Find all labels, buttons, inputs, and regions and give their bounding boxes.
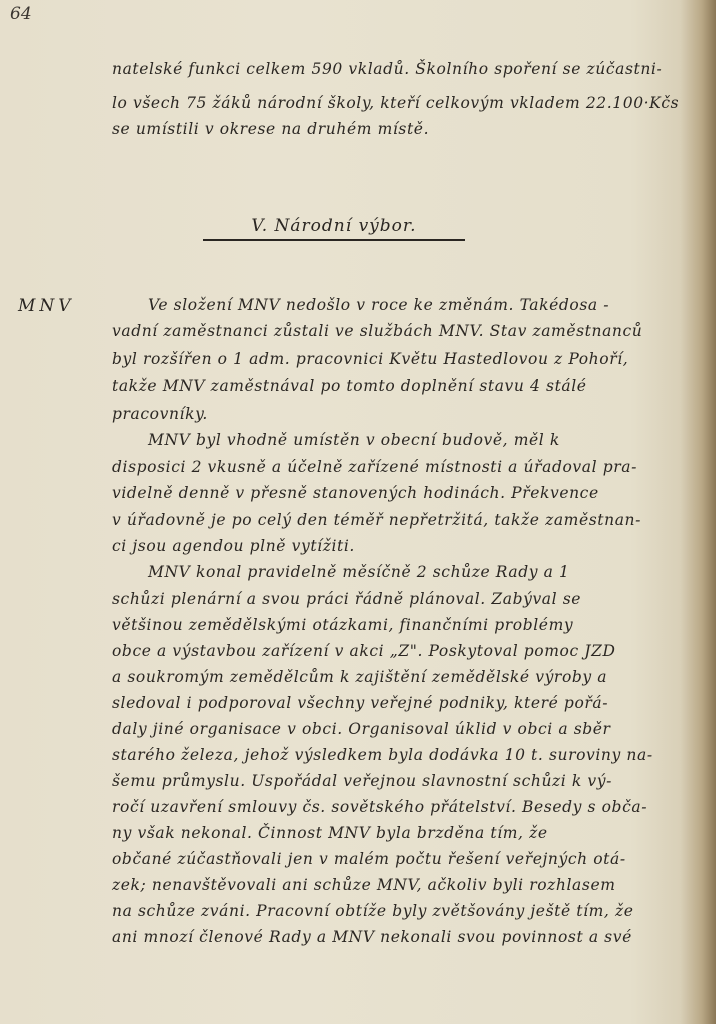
chronicle-page: 64 natelské funkci celkem 590 vkladů. Šk…	[0, 0, 716, 1024]
body-line: MNV byl vhodně umístěn v obecní budově, …	[148, 431, 560, 449]
body-line: šemu průmyslu. Uspořádal veřejnou slavno…	[112, 772, 612, 790]
body-line: schůzi plenární a svou práci řádně pláno…	[112, 590, 581, 608]
intro-line: lo všech 75 žáků národní školy, kteří ce…	[112, 94, 679, 112]
body-line: Ve složení MNV nedošlo v roce ke změnám.…	[148, 296, 609, 314]
intro-line: se umístili v okrese na druhém místě.	[112, 120, 429, 138]
section-heading: V. Národní výbor.	[203, 216, 465, 241]
body-line: obce a výstavbou zařízení v akci „Z". Po…	[112, 642, 616, 660]
body-line: vadní zaměstnanci zůstali ve službách MN…	[112, 322, 642, 340]
body-line: byl rozšířen o 1 adm. pracovnici Květu H…	[112, 350, 628, 368]
body-line: ci jsou agendou plně vytížiti.	[112, 537, 355, 555]
body-line: ročí uzavření smlouvy čs. sovětského přá…	[112, 798, 647, 816]
page-number: 64	[10, 4, 32, 24]
body-line: videlně denně v přesně stanovených hodin…	[112, 484, 599, 502]
body-line: zek; nenavštěvovali ani schůze MNV, ačko…	[112, 876, 616, 894]
body-line: takže MNV zaměstnával po tomto doplnění …	[112, 377, 587, 395]
body-line: na schůze zváni. Pracovní obtíže byly zv…	[112, 902, 634, 920]
body-line: a soukromým zemědělcům k zajištění zeměd…	[112, 668, 607, 686]
body-line: disposici 2 vkusně a účelně zařízené mís…	[112, 458, 637, 476]
intro-line: natelské funkci celkem 590 vkladů. Školn…	[112, 60, 662, 78]
body-line: ani mnozí členové Rady a MNV nekonali sv…	[112, 928, 632, 946]
body-line: starého železa, jehož výsledkem byla dod…	[112, 746, 653, 764]
body-line: většinou zemědělskými otázkami, finanční…	[112, 616, 573, 634]
body-line: občané zúčastňovali jen v malém počtu ře…	[112, 850, 626, 868]
body-line: sledoval i podporoval všechny veřejné po…	[112, 694, 608, 712]
body-line: daly jiné organisace v obci. Organisoval…	[112, 720, 611, 738]
body-line: ny však nekonal. Činnost MNV byla brzděn…	[112, 824, 548, 842]
body-line: MNV konal pravidelně měsíčně 2 schůze Ra…	[148, 563, 570, 581]
margin-note: MNV	[18, 296, 75, 316]
body-line: v úřadovně je po celý den téměř nepřetrž…	[112, 511, 641, 529]
body-line: pracovníky.	[112, 405, 208, 423]
